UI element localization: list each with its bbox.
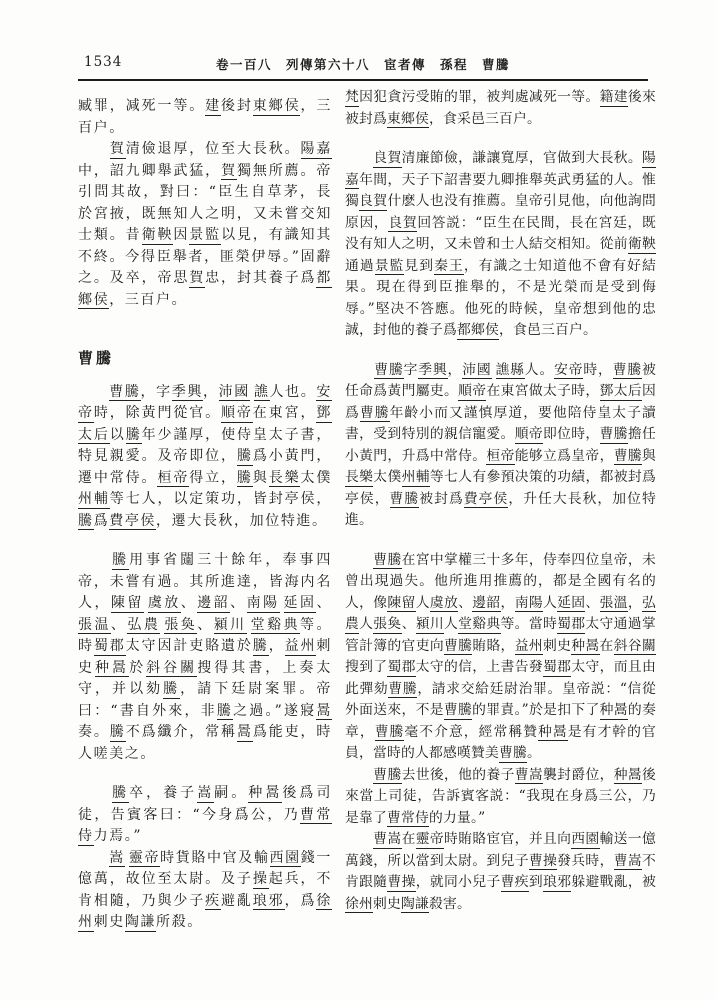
proper-noun: 費亭侯 xyxy=(109,513,156,531)
paragraph: 嵩靈帝時貨賂中官及輸西園錢一億萬，故位至太尉。及子操起兵，不肯相隨，乃與少子疾避… xyxy=(78,848,332,934)
proper-noun: 曹騰 xyxy=(109,384,140,402)
proper-noun: 騰 xyxy=(112,785,129,803)
proper-noun: 籍建 xyxy=(600,89,628,107)
text-run: 、 xyxy=(585,595,599,611)
text-run: 躲避戰亂，被 xyxy=(571,874,656,890)
proper-noun: 騰 xyxy=(237,448,253,466)
text-run: ，食邑三百户。 xyxy=(499,322,597,338)
proper-noun: 曹騰 xyxy=(374,362,403,380)
text-run: 、 xyxy=(402,616,416,632)
proper-noun: 潁川 xyxy=(214,617,247,635)
proper-noun: 曹騰 xyxy=(613,362,642,380)
paragraph: 騰卒，養子嵩嗣。种暠後爲司徒，告賓客曰：“今身爲公，乃曹常侍力焉。” xyxy=(78,783,332,848)
proper-noun: 衛鞅 xyxy=(628,236,656,254)
text-run: 太守的信，上書告發 xyxy=(416,659,543,675)
proper-noun: 曹騰 xyxy=(614,448,642,466)
proper-noun: 曹嵩 xyxy=(373,831,401,849)
text-run: 刺史 xyxy=(543,638,571,654)
text-run: 、 xyxy=(181,595,197,611)
proper-noun: 暠 xyxy=(237,724,253,742)
text-run: 太守因計吏賂遺於 xyxy=(126,638,253,654)
proper-noun: 蜀郡 xyxy=(543,659,571,677)
text-run: ， xyxy=(448,362,463,378)
proper-noun: 季興 xyxy=(172,384,203,402)
text-run: 賄賂， xyxy=(472,638,514,654)
text-run: 等七人，以定策功，皆封亭侯， xyxy=(110,491,332,507)
proper-noun: 益州 xyxy=(515,638,543,656)
proper-noun: 騰 xyxy=(110,724,126,742)
text-run: ，食采邑三百户。 xyxy=(429,111,541,127)
text-run: 之過。”遂寢 xyxy=(233,703,316,719)
proper-noun: 桓帝 xyxy=(486,448,514,466)
proper-noun: 曹操 xyxy=(529,853,557,871)
proper-noun: 延固 xyxy=(284,595,317,613)
proper-noun: 斜谷關 xyxy=(614,638,656,656)
paragraph: 騰用事省闥三十餘年，奉事四帝，未嘗有過。其所進達，皆海内名人，陳留虞放、邊韶、南… xyxy=(78,550,332,765)
proper-noun: 虞放 xyxy=(148,595,181,613)
text-run: 不爲纖介，常稱 xyxy=(126,724,237,740)
proper-noun: 順帝 xyxy=(515,426,543,444)
text-run: 人也。 xyxy=(270,384,317,400)
text-run: 發兵時， xyxy=(557,853,614,869)
proper-noun: 曹常侍 xyxy=(387,810,429,828)
text-run: 太僕 xyxy=(373,469,401,485)
proper-noun: 操 xyxy=(253,871,269,889)
proper-noun: 弘農 xyxy=(127,617,160,635)
text-run: ， xyxy=(628,595,642,611)
text-run xyxy=(345,150,373,166)
proper-noun: 西園 xyxy=(270,850,301,868)
text-run xyxy=(78,785,112,801)
text-run: 去世後，他的養子 xyxy=(402,767,515,783)
proper-noun: 賀 xyxy=(189,270,205,288)
proper-noun: 騰 xyxy=(237,470,253,488)
proper-noun: 曹騰 xyxy=(600,426,628,444)
paragraph: 曹騰在宮中掌權三十多年，侍奉四位皇帝，未曾出現過失。他所進用推薦的，都是全國有名… xyxy=(345,550,656,765)
proper-noun: 張溫 xyxy=(600,595,628,613)
text-run: 等。當時 xyxy=(501,616,558,632)
text-run: 能够立爲皇帝， xyxy=(515,448,614,464)
proper-noun: 疾 xyxy=(205,893,221,911)
text-run: 的力量。” xyxy=(429,810,485,826)
text-run: 時， xyxy=(583,362,612,378)
text-run: 因犯貪污受賄的罪，被判處减死一等。 xyxy=(359,89,599,105)
paragraph: 曹騰，字季興，沛國譙人也。安帝時，除黃門從官。順帝在東宮，鄧太后以騰年少謹厚，使… xyxy=(78,382,332,533)
proper-noun: 曹騰 xyxy=(444,638,472,656)
proper-noun: 潁川 xyxy=(416,616,444,634)
text-run: 在 xyxy=(600,638,614,654)
text-run: 人 xyxy=(359,616,373,632)
proper-noun: 嵩 xyxy=(109,850,125,868)
text-run: 、 xyxy=(230,595,246,611)
text-run: 卒，養子 xyxy=(129,785,197,801)
proper-noun: 邊韶 xyxy=(472,595,500,613)
text-run: 、 xyxy=(197,617,213,633)
text-run: 通過 xyxy=(345,258,375,274)
text-run xyxy=(345,362,374,378)
text-run: ，三百户。 xyxy=(109,292,187,308)
proper-noun: 曹騰 xyxy=(360,405,390,423)
proper-noun: 蜀郡 xyxy=(387,659,415,677)
proper-noun: 曹嵩 xyxy=(614,853,642,871)
text-run: 中，詔九卿舉武猛， xyxy=(78,163,221,179)
proper-noun: 暠 xyxy=(316,703,332,721)
proper-noun: 种暠 xyxy=(600,702,628,720)
text-run xyxy=(345,831,373,847)
proper-noun: 良賀 xyxy=(359,193,387,211)
proper-noun: 騰 xyxy=(126,427,142,445)
proper-noun: 种暠 xyxy=(571,638,599,656)
paragraph: 梵因犯貪污受賄的罪，被判處减死一等。籍建後來被封爲東鄉侯，食采邑三百户。 xyxy=(345,87,656,130)
proper-noun: 徐州 xyxy=(345,896,373,914)
text-run: 人 xyxy=(444,616,458,632)
proper-noun: 种暠 xyxy=(248,785,282,803)
text-run: 嗣。 xyxy=(214,785,248,801)
text-run: 人。 xyxy=(525,362,554,378)
text-run: 刺史 xyxy=(94,914,125,930)
proper-noun: 陶謙 xyxy=(401,896,429,914)
proper-noun: 東鄉侯 xyxy=(387,111,429,129)
proper-noun: 安帝 xyxy=(554,362,583,380)
proper-noun: 蜀郡 xyxy=(557,616,585,634)
proper-noun: 長樂 xyxy=(345,469,373,487)
chapter-title: 卷一百八 列傳第六十八 宦者傳 孫程 曹騰 xyxy=(78,55,648,73)
paragraph: 曹嵩在靈帝時賄賂宦官，并且向西園輸送一億萬錢，所以當到太尉。到兒子曹操發兵時，曹… xyxy=(345,829,656,915)
proper-noun: 曹騰 xyxy=(390,491,420,509)
text-run: 在東宮， xyxy=(253,405,317,421)
proper-noun: 桓帝 xyxy=(157,470,189,488)
text-run: 所殺。 xyxy=(156,914,203,930)
text-run: 與 xyxy=(253,470,269,486)
text-run: 避亂 xyxy=(221,893,253,909)
proper-noun: 順帝 xyxy=(221,405,253,423)
text-run: ， xyxy=(269,638,285,654)
text-run: 即位時， xyxy=(543,426,600,442)
proper-noun: 費亭侯 xyxy=(464,491,509,509)
text-run: 見到 xyxy=(404,258,434,274)
text-run: 太僕 xyxy=(300,470,332,486)
proper-noun: 騰 xyxy=(112,552,129,570)
text-run: 於 xyxy=(129,660,146,676)
page-header: 1534 卷一百八 列傳第六十八 宦者傳 孫程 曹騰 xyxy=(78,52,648,74)
text-run: 清廉節儉，謙讓寬厚，官做到大長秋。 xyxy=(402,150,642,166)
proper-noun: 曹騰 xyxy=(373,767,401,785)
proper-noun: 賀 xyxy=(110,141,126,159)
classical-bottom-paragraphs: 曹騰，字季興，沛國譙人也。安帝時，除黃門從官。順帝在東宮，鄧太后以騰年少謹厚，使… xyxy=(78,382,332,934)
text-run: 、 xyxy=(316,595,332,611)
text-run: 時賄賂宦官，并且向 xyxy=(444,831,571,847)
text-run: 人 xyxy=(416,595,430,611)
proper-noun: 沛國 xyxy=(462,362,491,380)
text-run: 以 xyxy=(110,427,126,443)
proper-noun: 良賀 xyxy=(373,150,401,168)
proper-noun: 种暠 xyxy=(614,767,642,785)
proper-noun: 景監 xyxy=(375,258,405,276)
text-run: 因 xyxy=(173,227,189,243)
text-run: 奏。 xyxy=(78,724,110,740)
proper-noun: 斜谷關 xyxy=(146,660,197,678)
proper-noun: 賀 xyxy=(221,163,237,181)
text-run xyxy=(78,850,109,866)
text-run: 臧罪，减死一等。 xyxy=(78,98,205,114)
text-run: 殺害。 xyxy=(429,896,471,912)
proper-noun: 琅邪 xyxy=(253,893,285,911)
text-run: 爲 xyxy=(94,513,110,529)
text-run: 得立， xyxy=(189,470,237,486)
text-run xyxy=(78,552,112,568)
classical-text-column: 臧罪，减死一等。建後封東鄉侯，三百户。 賀清儉退厚，位至大長秋。陽嘉中，詔九卿舉… xyxy=(78,87,332,934)
text-run: 後封 xyxy=(221,98,253,114)
proper-noun: 秦王 xyxy=(434,258,464,276)
text-run: 時貨賂中官及輸 xyxy=(160,850,269,866)
proper-noun: 曹疾 xyxy=(501,874,529,892)
text-run: 的罪責。”於是扣下了 xyxy=(472,702,600,718)
text-run: 在東宮做太子時， xyxy=(486,383,599,399)
proper-noun: 陶謙 xyxy=(125,914,156,932)
proper-noun: 譙縣 xyxy=(496,362,525,380)
proper-noun: 曹操 xyxy=(387,874,415,892)
proper-noun: 琅邪 xyxy=(543,874,571,892)
text-run xyxy=(345,767,373,783)
proper-noun: 堂谿典 xyxy=(458,616,500,634)
text-run: 。 xyxy=(527,745,541,761)
proper-noun: 西園 xyxy=(571,831,599,849)
text-run xyxy=(78,384,109,400)
paragraph: 良賀清廉節儉，謙讓寬厚，官做到大長秋。陽嘉年間，天子下詔書要九卿推舉英武勇猛的人… xyxy=(345,148,656,342)
text-run: ，爲 xyxy=(285,893,317,909)
book-page: 1534 卷一百八 列傳第六十八 宦者傳 孫程 曹騰 臧罪，减死一等。建後封東鄉… xyxy=(0,0,716,1000)
proper-noun: 邊韶 xyxy=(197,595,230,613)
text-run: ，遷大長秋，加位特進。 xyxy=(156,513,328,529)
text-run: 刺史 xyxy=(373,896,401,912)
proper-noun: 譙 xyxy=(254,384,270,402)
text-run: ，就同小兒子 xyxy=(416,874,501,890)
text-run: 毫不介意，經常稱贊 xyxy=(404,724,538,740)
proper-noun: 种暠 xyxy=(538,724,568,742)
proper-noun: 鄧太后 xyxy=(600,383,642,401)
text-run: 與 xyxy=(642,448,656,464)
proper-noun: 靈帝 xyxy=(416,831,444,849)
proper-noun: 延固 xyxy=(557,595,585,613)
proper-noun: 陽嘉 xyxy=(301,141,333,159)
proper-noun: 張奐 xyxy=(373,616,401,634)
text-run: 時，除黃門從官。 xyxy=(94,405,221,421)
proper-noun: 良賀 xyxy=(388,215,417,233)
text-run: 人 xyxy=(543,595,557,611)
proper-noun: 沛國 xyxy=(219,384,250,402)
proper-noun: 种暠 xyxy=(95,660,129,678)
paragraph: 賀清儉退厚，位至大長秋。陽嘉中，詔九卿舉武猛，賀獨無所薦。帝引問其故，對曰：“臣… xyxy=(78,139,332,311)
translation-text-column: 梵因犯貪污受賄的罪，被判處减死一等。籍建後來被封爲東鄉侯，食采邑三百户。 良賀清… xyxy=(345,87,656,934)
proper-noun: 曹騰 xyxy=(444,702,472,720)
text-run: 搜到了 xyxy=(345,659,387,675)
proper-noun: 順帝 xyxy=(458,383,486,401)
proper-noun: 曹騰 xyxy=(375,724,405,742)
text-columns: 臧罪，减死一等。建後封東鄉侯，三百户。 賀清儉退厚，位至大長秋。陽嘉中，詔九卿舉… xyxy=(78,87,656,934)
section-heading-caoteng: 曹騰 xyxy=(78,348,332,370)
proper-noun: 陳留 xyxy=(111,595,144,613)
proper-noun: 曹騰 xyxy=(388,681,417,699)
text-run: 被封爲 xyxy=(419,491,464,507)
text-run xyxy=(78,141,110,157)
proper-noun: 州輔 xyxy=(402,469,430,487)
proper-noun: 張奐 xyxy=(164,617,197,635)
paragraph: 曹騰去世後，他的養子曹嵩襲封爵位，种暠後來當上司徒，告訴賓客説：“我現在身爲三公… xyxy=(345,765,656,830)
text-run: 忠，封其養子爲 xyxy=(205,270,316,286)
proper-noun: 曹騰 xyxy=(499,745,527,763)
proper-noun: 東鄉侯 xyxy=(253,98,301,116)
text-run: 在 xyxy=(402,831,416,847)
proper-noun: 南陽 xyxy=(515,595,543,613)
text-run: 清儉退厚，位至大長秋。 xyxy=(126,141,301,157)
proper-noun: 州輔 xyxy=(78,491,110,509)
paragraph: 臧罪，减死一等。建後封東鄉侯，三百户。 xyxy=(78,96,332,139)
text-run: 襲封爵位， xyxy=(543,767,614,783)
text-run: ， xyxy=(203,384,219,400)
proper-noun: 南陽 xyxy=(247,595,280,613)
proper-noun: 曹嵩 xyxy=(515,767,543,785)
text-run: ，字 xyxy=(141,384,172,400)
proper-noun: 陳留 xyxy=(387,595,415,613)
header-rule xyxy=(78,79,648,81)
proper-noun: 季興 xyxy=(418,362,447,380)
proper-noun: 張温 xyxy=(78,617,111,635)
proper-noun: 堂谿典 xyxy=(251,617,300,635)
proper-noun: 都鄉侯 xyxy=(457,322,499,340)
proper-noun: 曹騰 xyxy=(373,552,401,570)
text-run: 到 xyxy=(529,874,543,890)
proper-noun: 騰 xyxy=(217,703,233,721)
text-run: 字 xyxy=(404,362,419,378)
text-run: 、 xyxy=(458,595,472,611)
proper-noun: 建 xyxy=(205,98,221,116)
text-run xyxy=(345,552,373,568)
proper-noun: 騰 xyxy=(163,681,180,699)
proper-noun: 虞放 xyxy=(430,595,458,613)
text-run: ， xyxy=(501,595,515,611)
text-run: 力焉。” xyxy=(94,828,143,844)
proper-noun: 騰 xyxy=(253,638,269,656)
proper-noun: 靈帝 xyxy=(129,850,160,868)
proper-noun: 嵩 xyxy=(197,785,214,803)
proper-noun: 蜀郡 xyxy=(94,638,126,656)
proper-noun: 衛鞅 xyxy=(142,227,174,245)
classical-top-paragraphs: 臧罪，减死一等。建後封東鄉侯，三百户。 賀清儉退厚，位至大長秋。陽嘉中，詔九卿舉… xyxy=(78,96,332,311)
proper-noun: 景監 xyxy=(189,227,221,245)
proper-noun: 騰 xyxy=(78,513,94,531)
proper-noun: 梵 xyxy=(345,89,359,107)
proper-noun: 益州 xyxy=(285,638,317,656)
paragraph: 曹騰字季興，沛國譙縣人。安帝時，曹騰被任命爲黃門屬吏。順帝在東宮做太子時，鄧太后… xyxy=(345,360,656,532)
proper-noun: 長樂 xyxy=(269,470,301,488)
text-run: 、 xyxy=(111,617,127,633)
